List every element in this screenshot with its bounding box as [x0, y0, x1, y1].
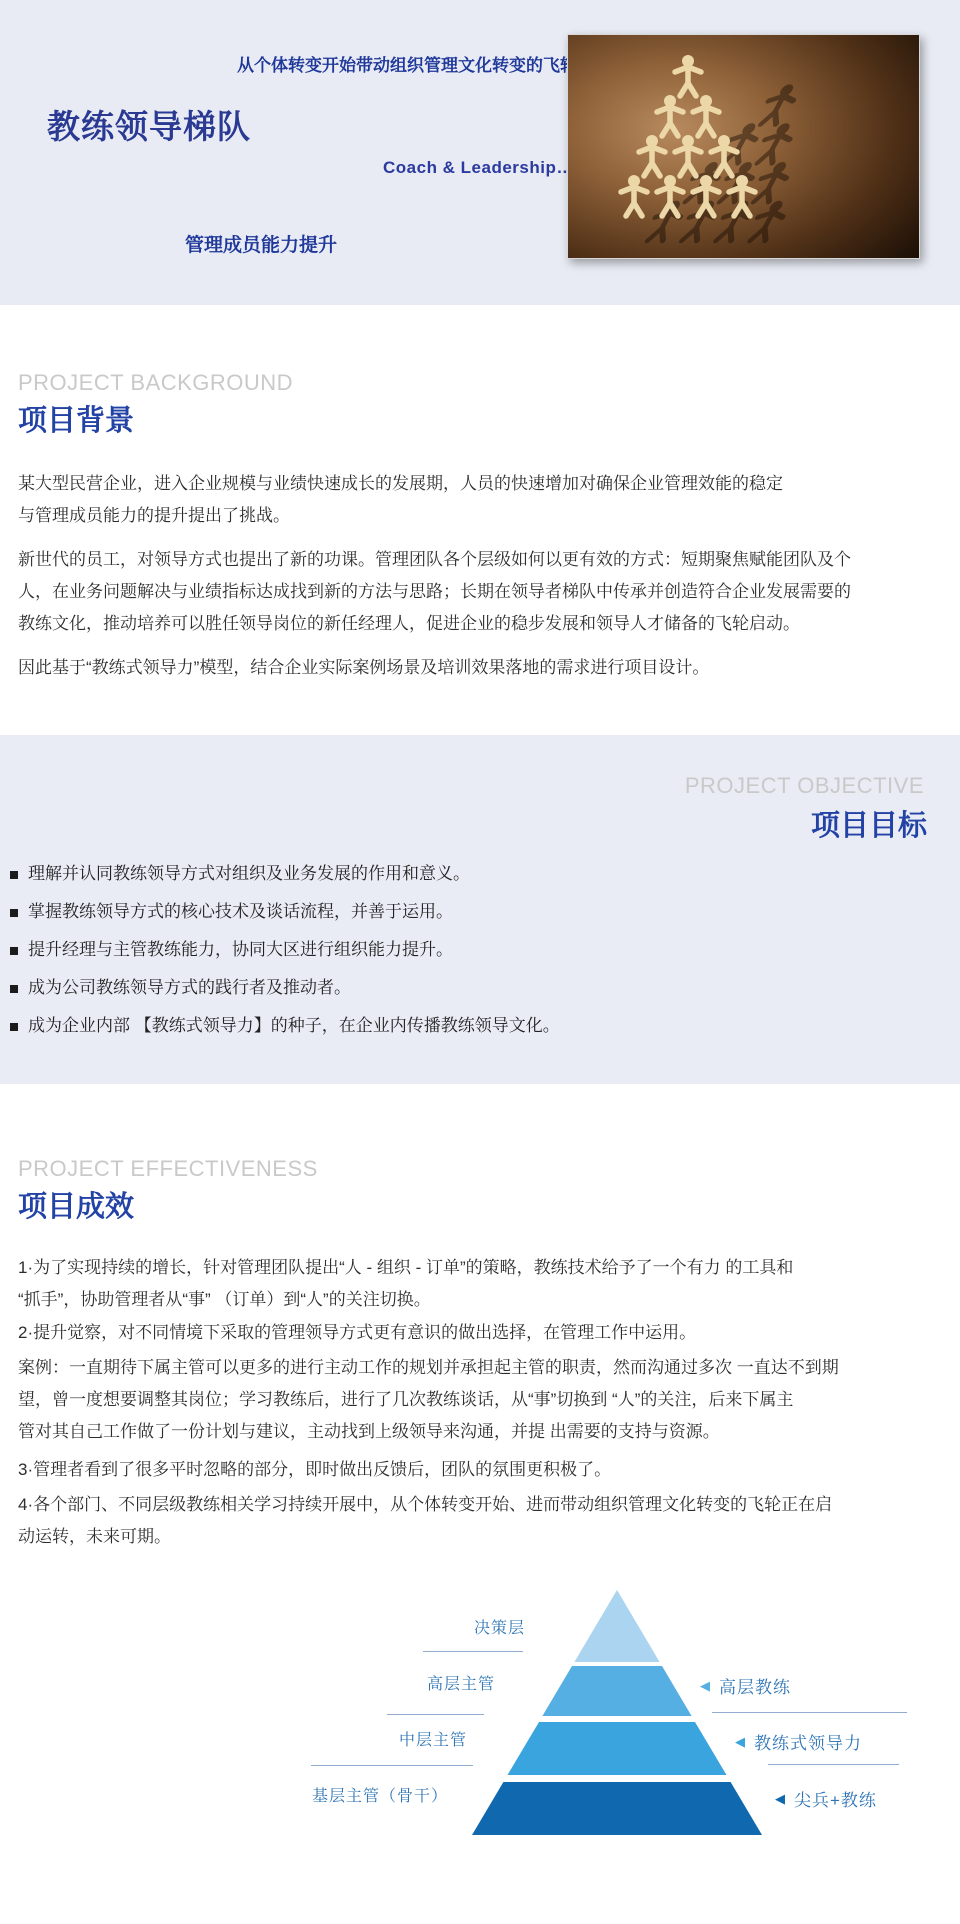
bullet-text: 掌握教练领导方式的核心技术及谈话流程，并善于运用。 — [28, 902, 453, 921]
objective-bullet-list: 理解并认同教练领导方式对组织及业务发展的作用和意义。 掌握教练领导方式的核心技术… — [10, 865, 560, 1055]
pyramid-right-text: 尖兵+教练 — [794, 1786, 877, 1811]
pyramid-left-label-1: 决策层 — [474, 1615, 525, 1638]
team-pyramid-photo — [567, 34, 920, 259]
bullet-square-icon — [10, 985, 18, 993]
header-subtitle-cn: 管理成员能力提升 — [185, 230, 337, 257]
pyramid-right-label-1: ◀ 高层教练 — [700, 1673, 791, 1698]
bullet-square-icon — [10, 871, 18, 879]
list-item: 提升经理与主管教练能力，协同大区进行组织能力提升。 — [10, 941, 560, 959]
pyramid-left-label-4: 基层主管（骨干） — [312, 1783, 448, 1806]
background-paragraph: 新世代的员工，对领导方式也提出了新的功课。管理团队各个层级如何以更有效的方式：短… — [18, 544, 926, 640]
effectiveness-paragraph: 1·为了实现持续的增长，针对管理团队提出“人 - 组织 - 订单”的策略，教练技… — [18, 1252, 926, 1316]
list-item: 成为企业内部 【教练式领导力】的种子，在企业内传播教练领导文化。 — [10, 1017, 560, 1035]
effectiveness-paragraphs: 1·为了实现持续的增长，针对管理团队提出“人 - 组织 - 订单”的策略，教练技… — [18, 1252, 926, 1565]
bullet-square-icon — [10, 1023, 18, 1031]
pyramid-left-label-3: 中层主管 — [399, 1727, 467, 1750]
section-project-objective: PROJECT OBJECTIVE 项目目标 理解并认同教练领导方式对组织及业务… — [0, 735, 960, 1084]
pyramid-left-label-2: 高层主管 — [427, 1671, 495, 1694]
background-paragraph: 因此基于“教练式领导力”模型，结合企业实际案例场景及培训效果落地的需求进行项目设… — [18, 652, 926, 684]
pyramid-right-label-2: ◀ 教练式领导力 — [735, 1729, 862, 1754]
bullet-text: 提升经理与主管教练能力，协同大区进行组织能力提升。 — [28, 940, 453, 959]
header-tagline: 从个体转变开始带动组织管理文化转变的飞轮 — [237, 51, 577, 76]
left-arrow-icon: ◀ — [700, 1677, 710, 1694]
effectiveness-label-en: PROJECT EFFECTIVENESS — [18, 1156, 318, 1182]
bullet-text: 理解并认同教练领导方式对组织及业务发展的作用和意义。 — [28, 864, 470, 883]
divider-line — [423, 1651, 523, 1652]
divider-line — [712, 1712, 907, 1713]
left-arrow-icon: ◀ — [775, 1790, 785, 1807]
background-paragraph: 某大型民营企业，进入企业规模与业绩快速成长的发展期，人员的快速增加对确保企业管理… — [18, 468, 926, 532]
pyramid-right-text: 高层教练 — [719, 1673, 791, 1698]
header-subtitle-en: Coach & Leadership… — [383, 158, 574, 178]
objective-label-en: PROJECT OBJECTIVE — [685, 773, 924, 799]
objective-title: 项目目标 — [811, 803, 927, 844]
bullet-square-icon — [10, 909, 18, 917]
pyramid-right-label-3: ◀ 尖兵+教练 — [775, 1786, 877, 1811]
pyramid-layer-3 — [508, 1722, 727, 1775]
divider-line — [311, 1765, 473, 1766]
pyramid-right-text: 教练式领导力 — [754, 1729, 862, 1754]
effectiveness-title: 项目成效 — [18, 1184, 134, 1225]
effectiveness-paragraph: 3·管理者看到了很多平时忽略的部分，即时做出反馈后，团队的氛围更积极了。 — [18, 1454, 926, 1486]
background-title: 项目背景 — [18, 398, 134, 439]
bullet-square-icon — [10, 947, 18, 955]
page: 从个体转变开始带动组织管理文化转变的飞轮 教练领导梯队 Coach & Lead… — [0, 0, 960, 1924]
bullet-text: 成为公司教练领导方式的践行者及推动者。 — [28, 978, 351, 997]
divider-line — [768, 1764, 899, 1765]
bullet-text: 成为企业内部 【教练式领导力】的种子，在企业内传播教练领导文化。 — [28, 1016, 560, 1035]
list-item: 掌握教练领导方式的核心技术及谈话流程，并善于运用。 — [10, 903, 560, 921]
background-label-en: PROJECT BACKGROUND — [18, 370, 293, 396]
list-item: 成为公司教练领导方式的践行者及推动者。 — [10, 979, 560, 997]
pyramid-layer-1 — [574, 1590, 659, 1662]
paper-people-illustration — [568, 35, 919, 258]
page-title: 教练领导梯队 — [47, 101, 251, 148]
left-arrow-icon: ◀ — [735, 1733, 745, 1750]
effectiveness-paragraph: 2·提升觉察，对不同情境下采取的管理领导方式更有意识的做出选择，在管理工作中运用… — [18, 1317, 926, 1349]
divider-line — [387, 1714, 484, 1715]
header-band: 从个体转变开始带动组织管理文化转变的飞轮 教练领导梯队 Coach & Lead… — [0, 0, 960, 305]
effectiveness-paragraph: 案例：一直期待下属主管可以更多的进行主动工作的规划并承担起主管的职责，然而沟通过… — [18, 1352, 926, 1448]
background-paragraphs: 某大型民营企业，进入企业规模与业绩快速成长的发展期，人员的快速增加对确保企业管理… — [18, 468, 926, 696]
pyramid-layer-4 — [472, 1782, 762, 1835]
list-item: 理解并认同教练领导方式对组织及业务发展的作用和意义。 — [10, 865, 560, 883]
effectiveness-paragraph: 4·各个部门、不同层级教练相关学习持续开展中，从个体转变开始、进而带动组织管理文… — [18, 1489, 926, 1553]
pyramid-layer-2 — [542, 1666, 691, 1716]
